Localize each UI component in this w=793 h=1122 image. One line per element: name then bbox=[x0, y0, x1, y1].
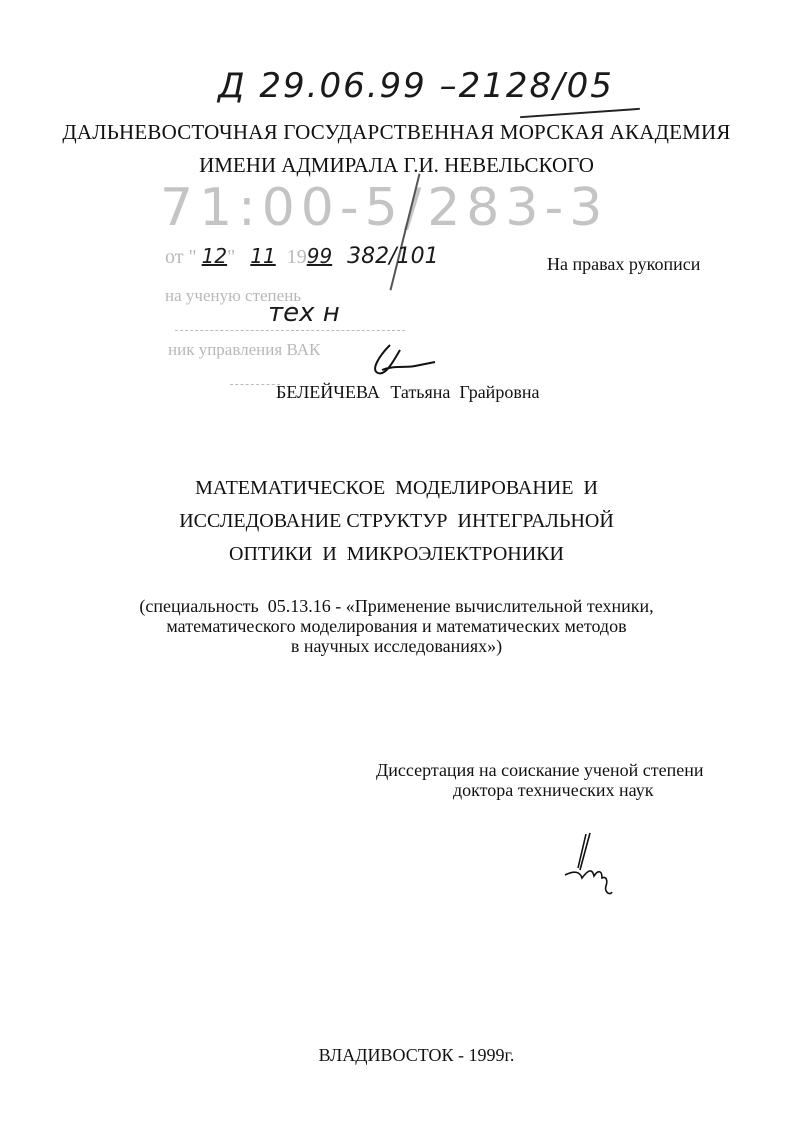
signature-author-icon bbox=[360, 340, 440, 380]
faded-underline bbox=[230, 384, 280, 385]
registry-date-line: от " 12" 11 1999 382/101 bbox=[165, 244, 439, 269]
faded-council-line: ник управления ВАК bbox=[168, 340, 320, 360]
dissertation-title-line-3: ОПТИКИ И МИКРОЭЛЕКТРОНИКИ bbox=[0, 543, 793, 566]
author-surname: БЕЛЕЙЧЕВА bbox=[276, 382, 380, 402]
institution-line-2: ИМЕНИ АДМИРАЛА Г.И. НЕВЕЛЬСКОГО bbox=[0, 153, 793, 178]
specialty-line-2: математического моделирования и математи… bbox=[0, 616, 793, 637]
registry-day: 12 bbox=[202, 244, 227, 268]
handwritten-archive-number: Д 29.06.99 –2128/05 bbox=[218, 66, 614, 106]
underline-stroke bbox=[520, 108, 640, 118]
dissertation-title-line-2: ИССЛЕДОВАНИЕ СТРУКТУР ИНТЕГРАЛЬНОЙ bbox=[0, 510, 793, 533]
registry-number: 382/101 bbox=[347, 244, 438, 269]
specialty-line-3: в научных исследованиях») bbox=[0, 636, 793, 657]
degree-line-2: доктора технических наук bbox=[453, 780, 653, 801]
handwritten-degree: тех н bbox=[268, 298, 340, 328]
dissertation-title-line-1: МАТЕМАТИЧЕСКОЕ МОДЕЛИРОВАНИЕ И bbox=[0, 477, 793, 500]
registry-year-prefix: 19 bbox=[287, 246, 307, 268]
manuscript-rights-note: На правах рукописи bbox=[547, 254, 700, 275]
degree-line-1: Диссертация на соискание ученой степени bbox=[376, 760, 703, 781]
degree-underline bbox=[175, 330, 405, 331]
author-given-names: Татьяна Грайровна bbox=[390, 382, 539, 402]
registry-year: 99 bbox=[307, 244, 332, 268]
city-year: ВЛАДИВОСТОК - 1999г. bbox=[0, 1045, 793, 1066]
registry-month: 11 bbox=[250, 244, 275, 268]
author-name: БЕЛЕЙЧЕВА Татьяна Грайровна bbox=[276, 382, 539, 403]
faded-registry-stamp: 71:00-5/283-3 bbox=[160, 178, 608, 238]
specialty-line-1: (специальность 05.13.16 - «Применение вы… bbox=[0, 596, 793, 617]
institution-line-1: ДАЛЬНЕВОСТОЧНАЯ ГОСУДАРСТВЕННАЯ МОРСКАЯ … bbox=[0, 120, 793, 145]
signature-icon bbox=[560, 830, 620, 900]
registry-prefix: от " bbox=[165, 246, 197, 268]
